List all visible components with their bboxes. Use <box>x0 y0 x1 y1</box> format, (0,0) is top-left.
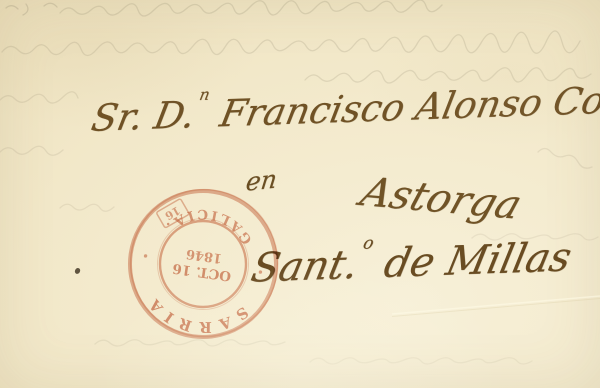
postmark-dot-ornament <box>144 254 148 258</box>
postmark-stamp: SARRIA GALICIA. OCT. 16 1846 16 <box>118 179 288 349</box>
letter-cover-photo: Sr. D.nFrancisco Alonso Cordero en Astor… <box>0 0 600 388</box>
address-honorific: Sr. D. <box>88 93 199 140</box>
paper-crease <box>392 296 600 317</box>
destination-rest: de Millas <box>380 234 575 287</box>
postmark-dot-ornament <box>259 270 263 274</box>
